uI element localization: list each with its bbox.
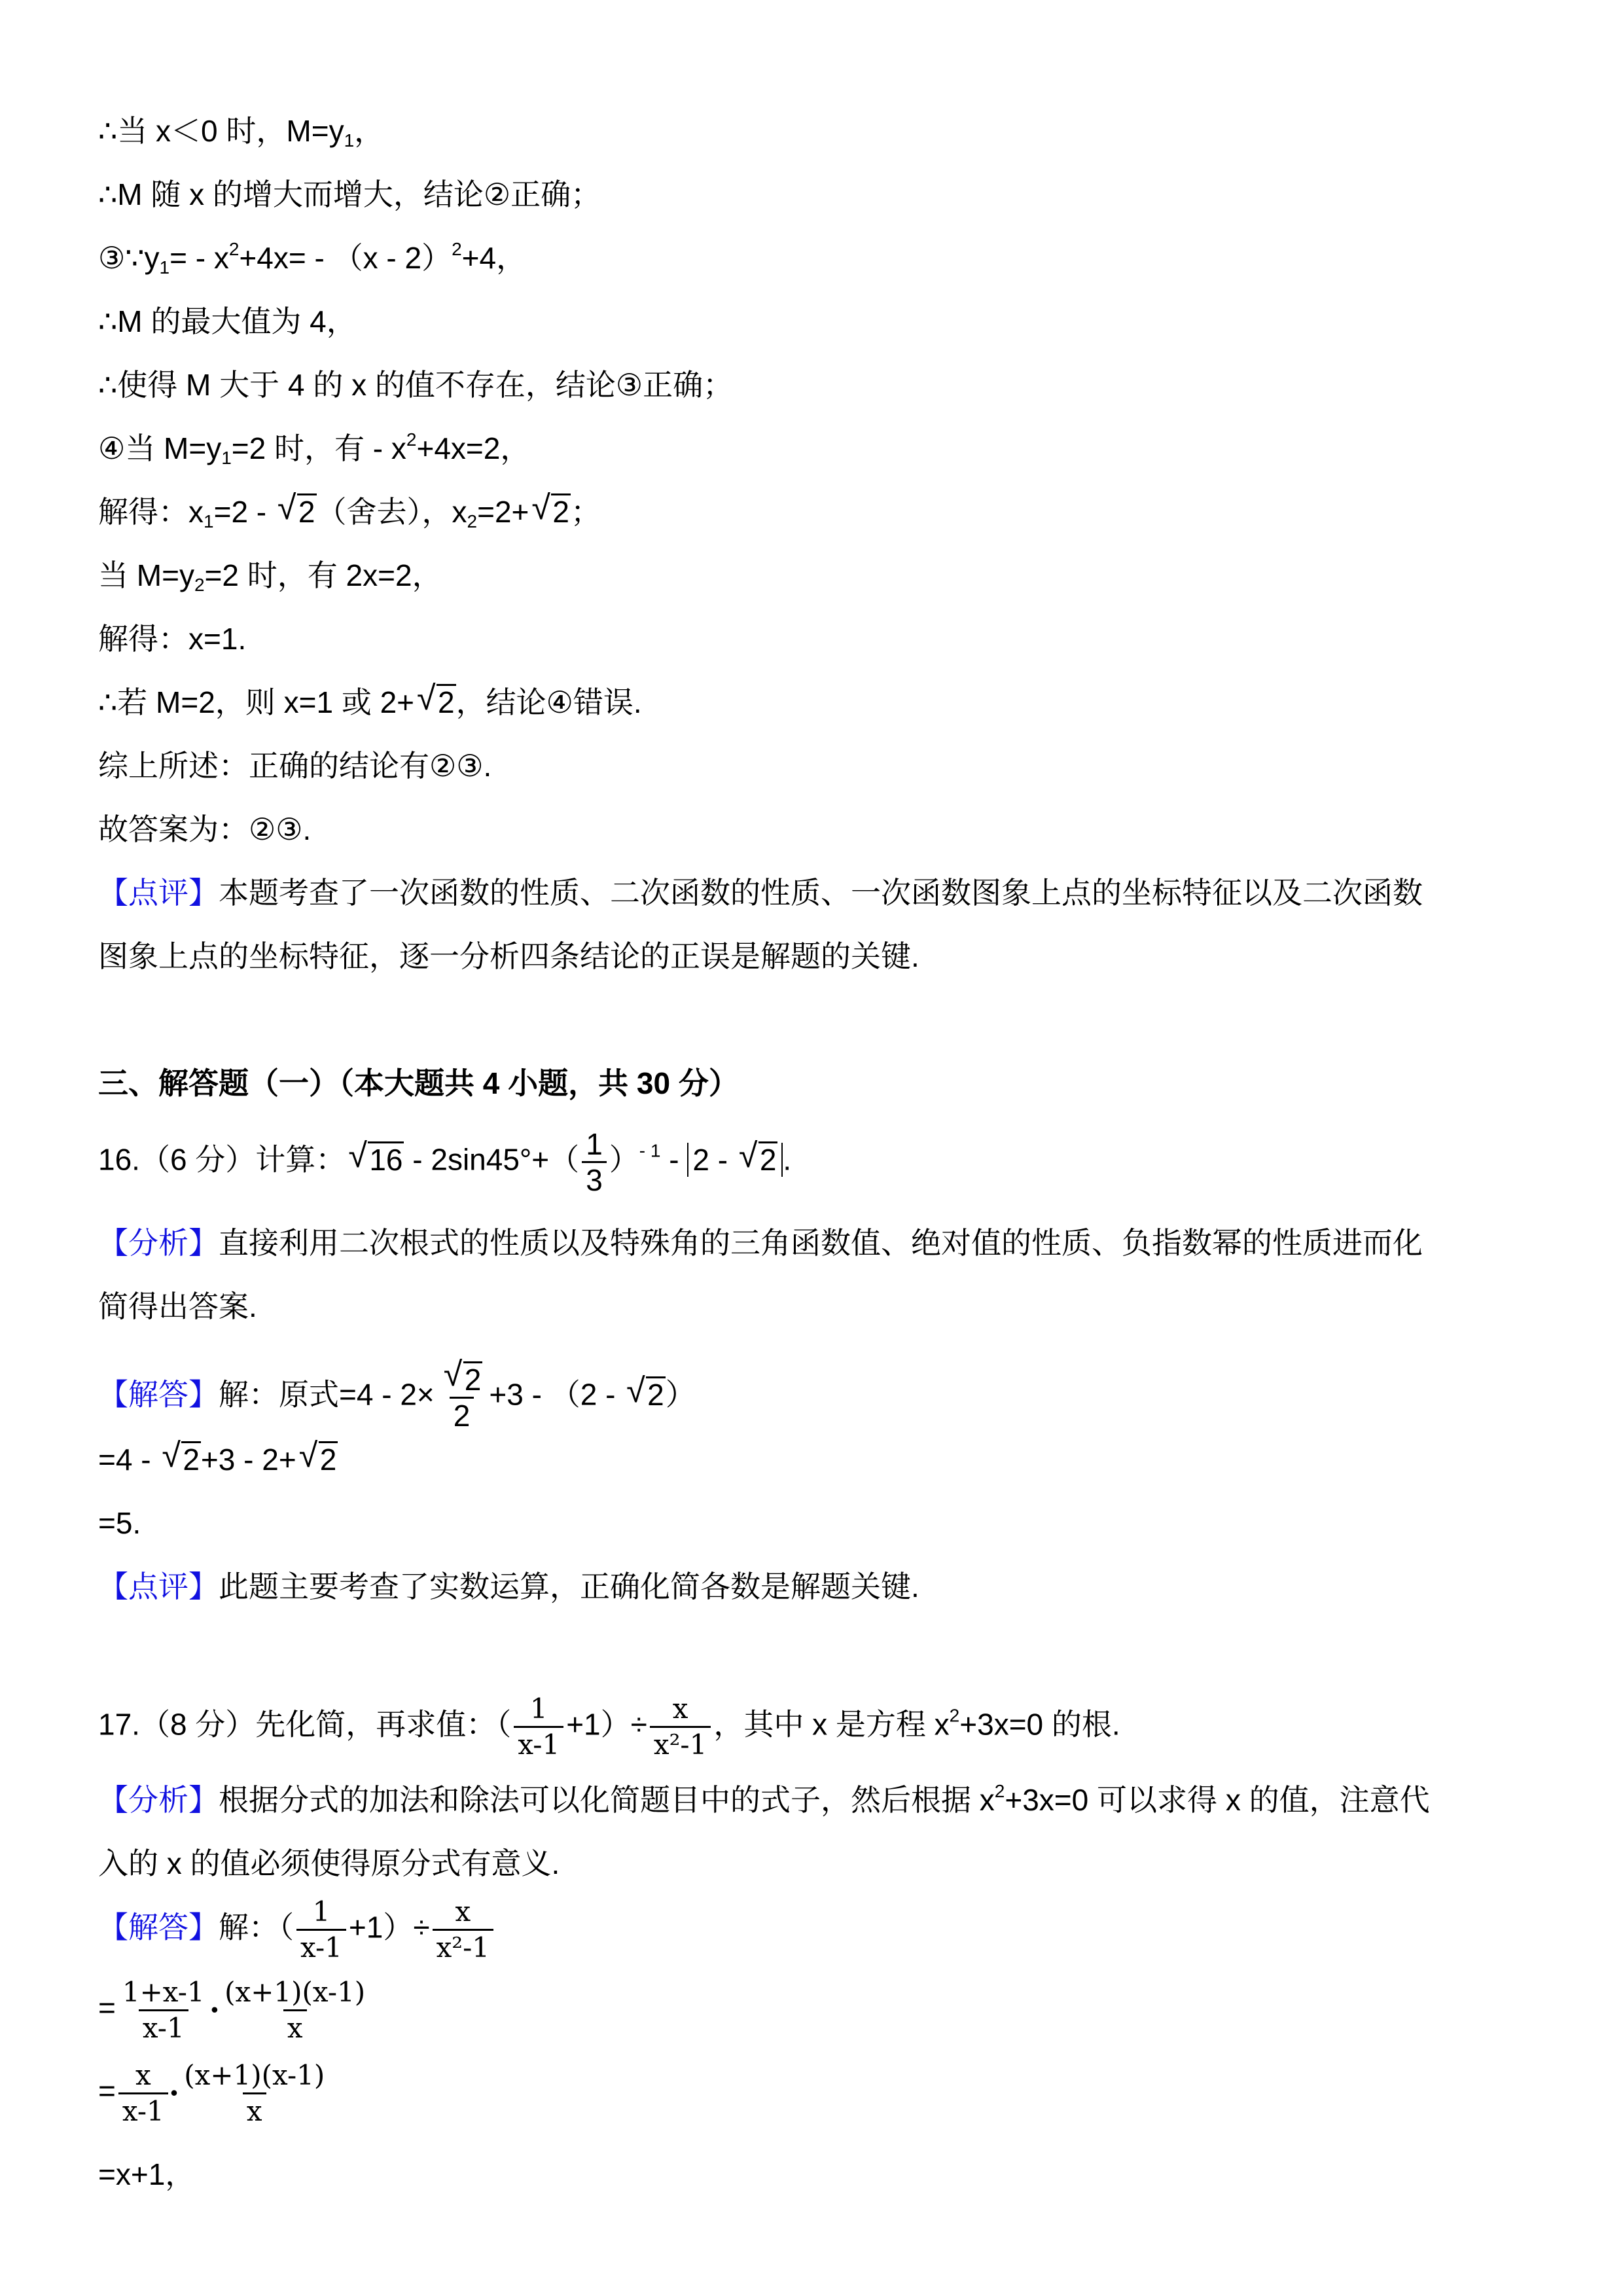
numerator: 1 [526,1692,552,1726]
subscript: 1 [344,130,355,151]
absolute-value: 2 - 2 [687,1143,783,1177]
text: +4x=2， [416,431,530,465]
review-tag: 【点评】 [98,1570,219,1604]
text: - [660,1143,687,1177]
text: ，结论④错误. [456,685,642,719]
text: . [783,1143,791,1177]
analysis-paragraph-q17-cont: 入的 x 的值必须使得原分式有意义. [98,1844,560,1883]
text: +3x=0 可以求得 x 的值，注意代 [1005,1783,1429,1817]
sqrt-symbol: 2 [299,1440,338,1479]
superscript: 2 [229,239,240,259]
sqrt-symbol: 2 [417,683,456,722]
text: （舍去），x [317,495,467,529]
subscript: 1 [221,448,232,468]
text: +3x=0 的根. [959,1708,1120,1742]
radicand: 2 [437,684,456,719]
solution-line-8: 当 M=y2=2 时，有 2x=2， [98,556,442,595]
superscript: - 1 [639,1141,661,1161]
section-heading: 三、解答题（一）（本大题共 4 小题，共 30 分） [98,1064,739,1103]
superscript: 2 [406,429,417,450]
answer-step-2: =4 - 2+3 - 2+2 [98,1440,338,1479]
text: ） [609,1143,639,1177]
text: = [98,1991,116,2025]
numerator: x [451,1895,474,1929]
question-17: 17.（8 分）先化简，再求值：（1x-1+1）÷xx²-1，其中 x 是方程 … [98,1692,1120,1762]
answer-paragraph-q16: 【解答】解：原式=4 - 2×22+3 - （2 - 2） [98,1361,696,1433]
denominator: x [283,2009,307,2045]
denominator: x-1 [118,2092,168,2128]
solution-line-5: ∴使得 M 大于 4 的 x 的值不存在，结论③正确； [98,365,733,404]
fraction: (x+1)(x-1)x [180,2058,329,2128]
sqrt-symbol: 16 [348,1140,404,1179]
numerator: x [132,2058,155,2092]
text: 根据分式的加法和除法可以化简题目中的式子，然后根据 x [219,1783,995,1817]
text: ； [571,495,601,529]
fraction: 13 [582,1127,607,1197]
text: ④当 M=y [98,431,221,465]
subscript: 1 [160,257,170,278]
radicand: 2 [551,493,571,528]
review-paragraph-q15-cont: 图象上点的坐标特征，逐一分析四条结论的正误是解题的关键. [98,937,919,976]
analysis-paragraph-q16: 【分析】直接利用二次根式的性质以及特殊角的三角函数值、绝对值的性质、负指数幂的性… [98,1223,1423,1263]
review-text: 此题主要考查了实数运算，正确化简各数是解题关键. [219,1570,919,1604]
fraction: 1x-1 [296,1895,346,1965]
radicand: 2 [319,1441,338,1476]
document-page: ∴当 x＜0 时，M=y1， ∴M 随 x 的增大而增大，结论②正确； ③∵y1… [0,0,1623,2296]
fraction: 1+x-1x-1 [118,1975,209,2045]
answer-step-1: =1+x-1x-1•(x+1)(x-1)x [98,1975,372,2045]
radicand: 2 [646,1376,666,1411]
question-number: 16.（6 分）计算： [98,1143,346,1177]
text: =2 - [214,495,275,529]
answer-paragraph-q17: 【解答】解：（1x-1+1）÷xx²-1 [98,1895,496,1965]
solution-line-1: ∴当 x＜0 时，M=y1， [98,111,384,151]
numerator: 1+x-1 [118,1975,209,2009]
text: - 2sin45°+（ [404,1143,579,1177]
fraction: 1x-1 [514,1692,563,1762]
text: +3 - （2 - [489,1378,624,1412]
superscript: 2 [950,1706,960,1726]
text: 当 M=y [98,558,194,592]
subscript: 2 [467,511,478,531]
answer-step-2: =xx-1•(x+1)(x-1)x [98,2058,331,2128]
sqrt-symbol: 2 [739,1140,778,1179]
multiply-dot: • [171,2083,178,2104]
numerator: 1 [582,1127,607,1161]
denominator: x-1 [139,2009,188,2045]
solution-line-9: 解得：x=1. [98,619,246,658]
analysis-tag: 【分析】 [98,1226,219,1260]
review-text: 本题考查了一次函数的性质、二次函数的性质、一次函数图象上点的坐标特征以及二次函数 [219,876,1423,910]
solution-line-10: ∴若 M=2，则 x=1 或 2+2，结论④错误. [98,683,642,722]
text: 解得：x [98,495,204,529]
fraction: 22 [437,1361,487,1433]
solution-line-7: 解得：x1=2 - 2（舍去），x2=2+2； [98,492,601,531]
numerator: (x+1)(x-1) [180,2058,329,2092]
text: =2 时，有 - x [232,431,406,465]
radicand: 2 [181,1441,201,1476]
solution-line-4: ∴M 的最大值为 4， [98,302,357,341]
solution-line-2: ∴M 随 x 的增大而增大，结论②正确； [98,175,601,214]
denominator: x [243,2092,266,2128]
text: = [98,2074,116,2108]
analysis-paragraph-q16-cont: 简得出答案. [98,1287,257,1326]
sqrt-symbol: 2 [277,492,317,531]
numerator: (x+1)(x-1) [221,1975,369,2009]
fraction: xx²-1 [433,1895,493,1965]
text: +1）÷ [566,1708,647,1742]
review-tag: 【点评】 [98,876,219,910]
solution-line-12: 故答案为：②③. [98,810,311,849]
text: ∴当 x＜0 时，M=y [98,114,344,148]
text: =2 时，有 2x=2， [205,558,442,592]
numerator: 2 [437,1361,487,1397]
sqrt-symbol: 2 [444,1361,483,1397]
solution-line-3: ③∵y1= - x2+4x= - （x - 2）2+4， [98,238,526,278]
sqrt-symbol: 2 [626,1375,666,1414]
answer-step-3: =x+1， [98,2155,195,2194]
subscript: 1 [204,511,214,531]
analysis-paragraph-q17: 【分析】根据分式的加法和除法可以化简题目中的式子，然后根据 x2+3x=0 可以… [98,1780,1430,1820]
radicand: 2 [297,493,317,528]
superscript: 2 [995,1781,1005,1801]
text: ∴若 M=2，则 x=1 或 2+ [98,685,414,719]
multiply-dot: • [211,2000,219,2021]
analysis-text: 直接利用二次根式的性质以及特殊角的三角函数值、绝对值的性质、负指数幂的性质进而化 [219,1226,1423,1260]
text: +4， [462,241,526,275]
text: = - x [169,241,229,275]
denominator: 3 [582,1161,607,1197]
text: 2 - [692,1143,736,1177]
review-paragraph-q15: 【点评】本题考查了一次函数的性质、二次函数的性质、一次函数图象上点的坐标特征以及… [98,873,1423,912]
radicand: 2 [463,1361,483,1396]
sqrt-symbol: 2 [531,492,571,531]
text: =2+ [477,495,529,529]
denominator: 2 [450,1397,474,1433]
text: 解：原式=4 - 2× [219,1378,435,1412]
numerator: x [669,1692,692,1726]
denominator: x²-1 [650,1726,711,1762]
text: =4 - [98,1443,159,1477]
radicand: 16 [368,1141,404,1176]
fraction: xx²-1 [650,1692,711,1762]
question-16: 16.（6 分）计算：16 - 2sin45°+（13）- 1 - 2 - 2. [98,1127,791,1197]
denominator: x-1 [514,1726,563,1762]
text: ③∵y [98,241,160,275]
answer-tag: 【解答】 [98,1910,219,1945]
analysis-tag: 【分析】 [98,1783,219,1817]
question-number: 17.（8 分）先化简，再求值：（ [98,1708,511,1742]
text: +1）÷ [349,1910,430,1945]
answer-tag: 【解答】 [98,1378,219,1412]
numerator: 1 [309,1895,334,1929]
answer-step-3: =5. [98,1503,141,1543]
text: +3 - 2+ [201,1443,296,1477]
text: ，其中 x 是方程 x [713,1708,949,1742]
denominator: x-1 [296,1929,346,1965]
sqrt-symbol: 2 [162,1440,201,1479]
solution-line-6: ④当 M=y1=2 时，有 - x2+4x=2， [98,429,530,468]
fraction: (x+1)(x-1)x [221,1975,369,2045]
radicand: 2 [758,1141,778,1176]
superscript: 2 [452,239,462,259]
review-paragraph-q16: 【点评】此题主要考查了实数运算，正确化简各数是解题关键. [98,1567,919,1606]
text: ， [354,114,384,148]
text: +4x= - （x - 2） [239,241,452,275]
denominator: x²-1 [433,1929,493,1965]
text: ） [666,1378,696,1412]
solution-line-11: 综上所述：正确的结论有②③. [98,746,491,785]
subscript: 2 [194,575,205,595]
fraction: xx-1 [118,2058,168,2128]
text: 解：（ [219,1910,294,1945]
